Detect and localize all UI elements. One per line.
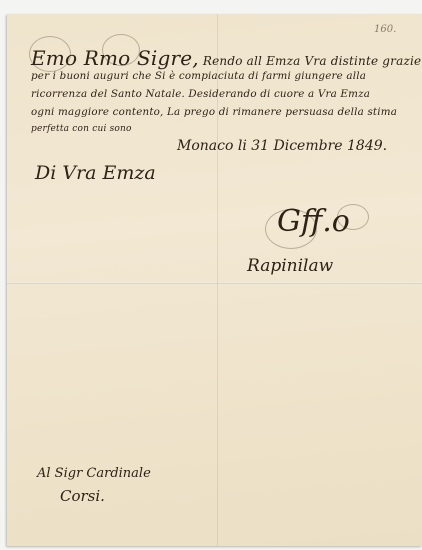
addressee-title: Al Sigr Cardinale	[37, 466, 151, 481]
body-line-3: ricorrenza del Santo Natale. Desiderando…	[31, 88, 370, 100]
body-line-1: Rendo all Emza Vra distinte grazie	[203, 54, 421, 68]
salutation: Emo Rmo Sigre,	[31, 46, 199, 70]
body-line-2: per i buoni auguri che Si è compiaciuta …	[31, 70, 366, 82]
closing: Di Vra Emza	[35, 162, 156, 184]
addressee-name: Corsi.	[60, 487, 105, 505]
horizontal-fold-line	[7, 282, 422, 284]
body-line-4: ogni maggiore contento, La prego di rima…	[31, 106, 397, 118]
body-line-5: perfetta con cui sono	[31, 124, 132, 134]
folio-number: 160.	[374, 24, 396, 35]
letter-paper: 160. Emo Rmo Sigre, Rendo all Emza Vra d…	[7, 14, 422, 546]
salutation-line: Emo Rmo Sigre, Rendo all Emza Vra distin…	[31, 46, 421, 70]
signature-abbreviation: Gff.o	[277, 204, 350, 239]
signature-name: Rapinilaw	[247, 256, 333, 276]
place-date: Monaco li 31 Dicembre 1849.	[177, 138, 387, 154]
